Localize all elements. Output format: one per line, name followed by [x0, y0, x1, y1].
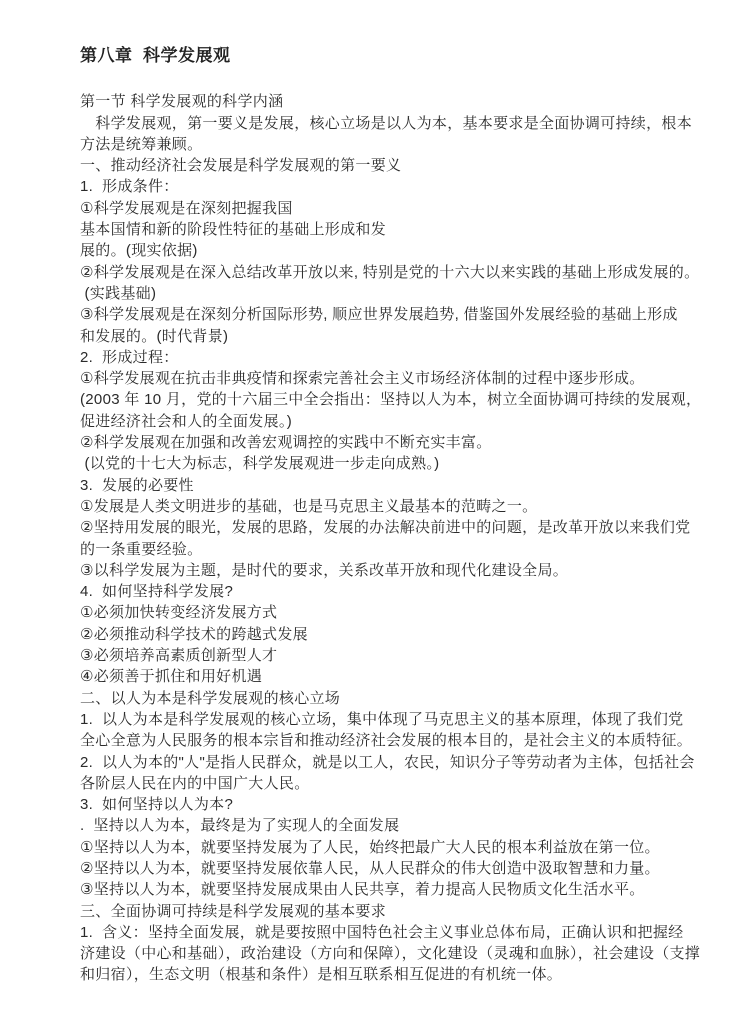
text-line: ④必须善于抓住和用好机遇 — [80, 666, 705, 687]
text-line: ①坚持以人为本，就要坚持发展为了人民，始终把最广大人民的根本利益放在第一位。 — [80, 837, 705, 858]
text-line: 的一条重要经验。 — [80, 539, 705, 560]
text-line: ③科学发展观是在深刻分析国际形势, 顺应世界发展趋势, 借鉴国外发展经验的基础上… — [80, 304, 705, 325]
text-line: 展的。(现实依据) — [80, 240, 705, 261]
text-line: ①科学发展观是在深刻把握我国 — [80, 198, 705, 219]
text-line: (以党的十七大为标志，科学发展观进一步走向成熟。) — [80, 453, 705, 474]
text-line: 各阶层人民在内的中国广大人民。 — [80, 773, 705, 794]
text-line: 4. 如何坚持科学发展? — [80, 581, 705, 602]
text-line: ②必须推动科学技术的跨越式发展 — [80, 624, 705, 645]
title-gap — [80, 66, 705, 91]
text-line: . 坚持以人为本，最终是为了实现人的全面发展 — [80, 815, 705, 836]
text-line: (2003 年 10 月，党的十六届三中全会指出：坚持以人为本，树立全面协调可持… — [80, 389, 705, 410]
text-line: ②科学发展观是在深入总结改革开放以来, 特别是党的十六大以来实践的基础上形成发展… — [80, 262, 705, 283]
text-line: 二、以人为本是科学发展观的核心立场 — [80, 688, 705, 709]
text-line: ②坚持以人为本，就要坚持发展依靠人民，从人民群众的伟大创造中汲取智慧和力量。 — [80, 858, 705, 879]
text-line: 3. 如何坚持以人为本? — [80, 794, 705, 815]
text-line: 三、全面协调可持续是科学发展观的基本要求 — [80, 901, 705, 922]
text-line: 1. 形成条件： — [80, 176, 705, 197]
text-line: ①发展是人类文明进步的基础，也是马克思主义最基本的范畴之一。 — [80, 496, 705, 517]
text-line: ①科学发展观在抗击非典疫情和探索完善社会主义市场经济体制的过程中逐步形成。 — [80, 368, 705, 389]
text-line: 3. 发展的必要性 — [80, 475, 705, 496]
text-line: 2. 以人为本的"人"是指人民群众，就是以工人，农民，知识分子等劳动者为主体，包… — [80, 752, 705, 773]
text-line: ①必须加快转变经济发展方式 — [80, 602, 705, 623]
text-line: 第一节 科学发展观的科学内涵 — [80, 91, 705, 112]
document-page: 第八章 科学发展观 第一节 科学发展观的科学内涵 科学发展观，第一要义是发展，核… — [0, 0, 753, 1024]
text-line: ②坚持用发展的眼光，发展的思路，发展的办法解决前进中的问题，是改革开放以来我们党 — [80, 517, 705, 538]
text-line: 2. 形成过程： — [80, 347, 705, 368]
text-line: 和归宿），生态文明（根基和条件）是相互联系相互促进的有机统一体。 — [80, 964, 705, 985]
text-line: ③必须培养高素质创新型人才 — [80, 645, 705, 666]
text-line: (实践基础) — [80, 283, 705, 304]
text-line: ③坚持以人为本，就要坚持发展成果由人民共享，着力提高人民物质文化生活水平。 — [80, 879, 705, 900]
document-body: 第一节 科学发展观的科学内涵 科学发展观，第一要义是发展，核心立场是以人为本，基… — [80, 91, 705, 985]
chapter-title: 第八章 科学发展观 — [80, 45, 705, 66]
text-line: 1. 含义：坚持全面发展，就是要按照中国特色社会主义事业总体布局，正确认识和把握… — [80, 922, 705, 943]
text-line: 方法是统筹兼顾。 — [80, 134, 705, 155]
text-line: 全心全意为人民服务的根本宗旨和推动经济社会发展的根本目的，是社会主义的本质特征。 — [80, 730, 705, 751]
text-line: 基本国情和新的阶段性特征的基础上形成和发 — [80, 219, 705, 240]
text-line: 1. 以人为本是科学发展观的核心立场，集中体现了马克思主义的基本原理，体现了我们… — [80, 709, 705, 730]
text-line: 科学发展观，第一要义是发展，核心立场是以人为本，基本要求是全面协调可持续，根本 — [80, 113, 705, 134]
text-line: 济建设（中心和基础），政治建设（方向和保障），文化建设（灵魂和血脉），社会建设（… — [80, 943, 705, 964]
text-line: ③以科学发展为主题，是时代的要求，关系改革开放和现代化建设全局。 — [80, 560, 705, 581]
text-line: 促进经济社会和人的全面发展。) — [80, 411, 705, 432]
text-line: ②科学发展观在加强和改善宏观调控的实践中不断充实丰富。 — [80, 432, 705, 453]
document-content: 第八章 科学发展观 第一节 科学发展观的科学内涵 科学发展观，第一要义是发展，核… — [80, 45, 705, 986]
text-line: 和发展的。(时代背景) — [80, 326, 705, 347]
text-line: 一、推动经济社会发展是科学发展观的第一要义 — [80, 155, 705, 176]
